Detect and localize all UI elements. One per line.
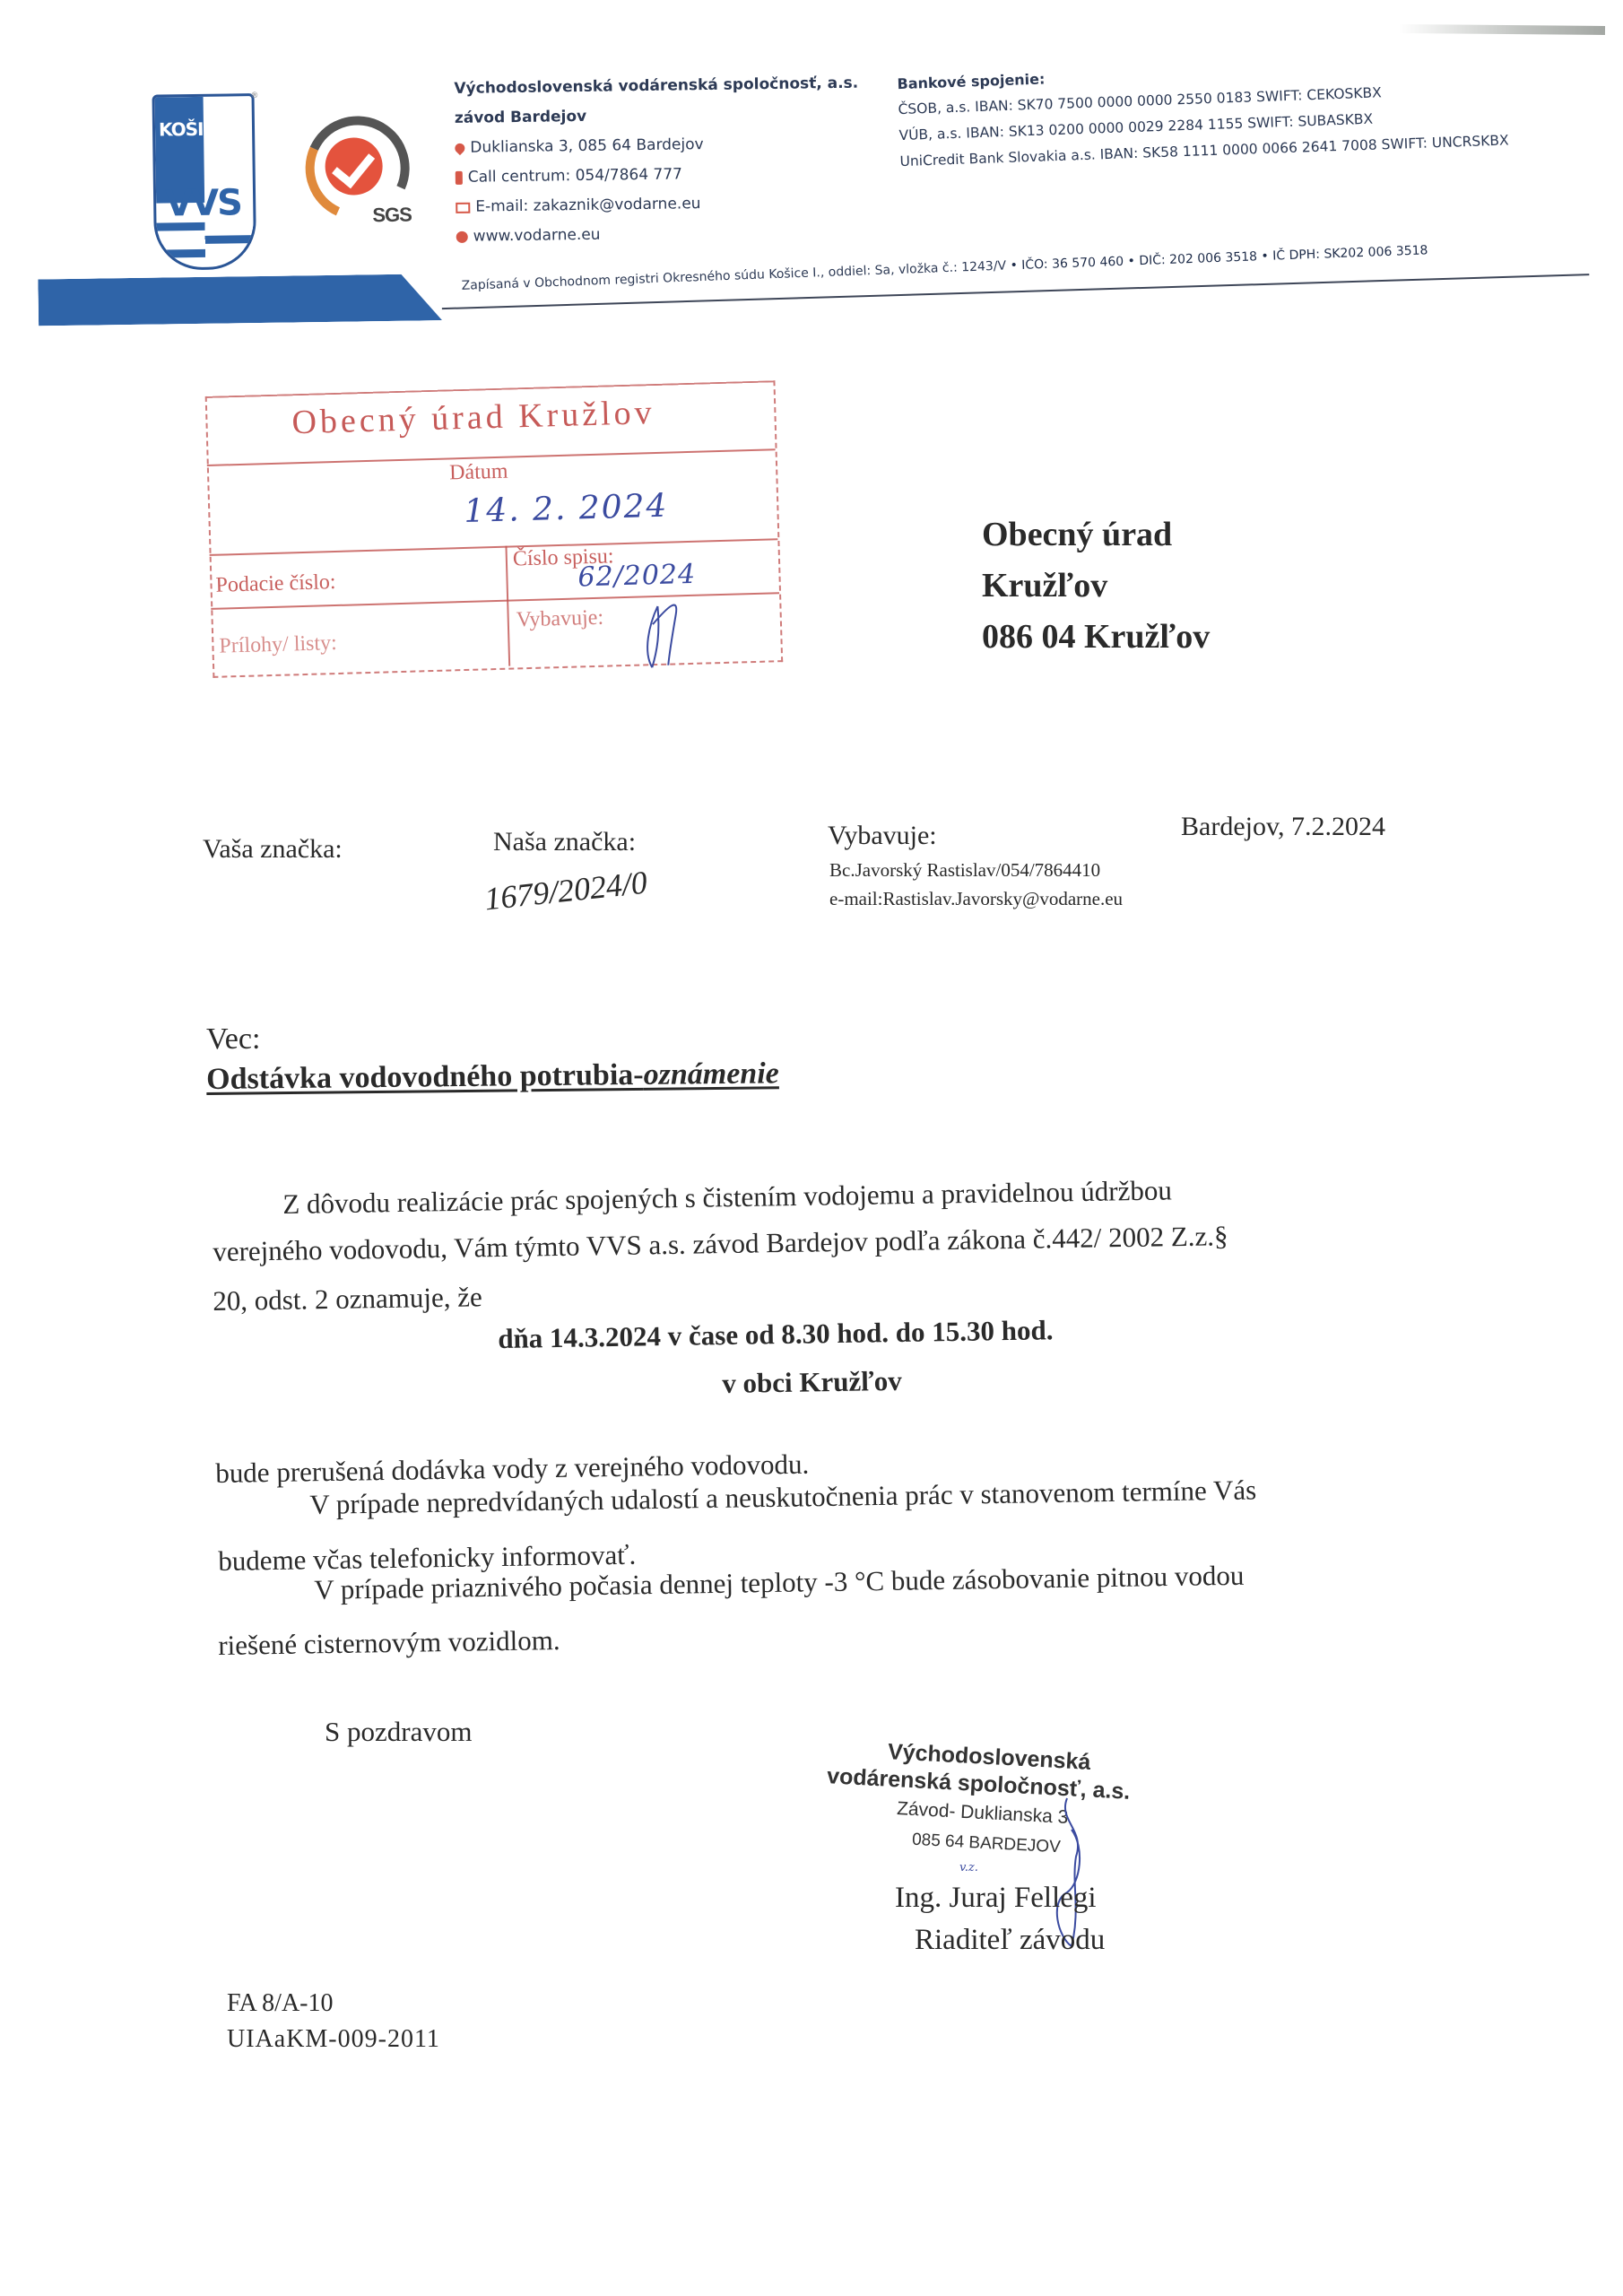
recipient-line: Kružľov — [982, 561, 1210, 612]
on-behalf-mark: v.z. — [959, 1861, 978, 1874]
letterhead: KOŠICE VVS ® SGS Východoslovenská vodáre… — [0, 0, 1623, 341]
vvs-logo-initials: VVS — [165, 182, 241, 224]
outage-datetime: dňa 14.3.2024 v čase od 8.30 hod. do 15.… — [498, 1314, 1054, 1355]
globe-icon — [456, 231, 468, 243]
vvs-logo-city: KOŠICE — [159, 117, 227, 140]
signer-name: Ing. Juraj Fellegi — [895, 1882, 1097, 1915]
receipt-stamp: Obecný úrad Kružlov Dátum 14. 2. 2024 Po… — [204, 359, 786, 684]
stamp-vybavuje-label: Vybavuje: — [516, 606, 603, 633]
our-ref-label: Naša značka: — [493, 827, 636, 857]
vvs-logo: KOŠICE VVS — [152, 93, 256, 271]
form-code: FA 8/A-10 — [227, 1989, 334, 2018]
phone-icon — [456, 171, 463, 185]
stamp-date-value: 14. 2. 2024 — [464, 488, 669, 530]
subject-label: Vec: — [206, 1022, 260, 1057]
stamp-prilohy-label: Prílohy/ listy: — [219, 631, 337, 659]
bank-info: Bankové spojenie: ČSOB, a.s. IBAN: SK70 … — [897, 49, 1509, 175]
handler-email[interactable]: e-mail:Rastislav.Javorsky@vodarne.eu — [829, 888, 1123, 910]
registry-info: Zapísaná v Obchodnom registri Okresného … — [461, 243, 1428, 293]
stamp-date-label: Dátum — [449, 460, 508, 486]
signer-role: Riaditeľ závodu — [915, 1924, 1105, 1957]
company-name: Východoslovenská vodárenská spoločnosť, … — [454, 69, 858, 104]
contact-website[interactable]: www.vodarne.eu — [456, 217, 861, 252]
your-ref-label: Vaša značka: — [203, 834, 343, 865]
registered-mark-icon: ® — [250, 91, 258, 100]
recipient-address: Obecný úrad Kružľov 086 04 Kružľov — [982, 509, 1210, 663]
body-line: verejného vodovodu, Vám týmto VVS a.s. z… — [213, 1220, 1228, 1268]
sgs-label: SGS — [372, 204, 412, 228]
company-info: Východoslovenská vodárenská spoločnosť, … — [454, 69, 861, 252]
handler-label: Vybavuje: — [828, 821, 937, 851]
stamp-spis-value: 62/2024 — [577, 559, 697, 594]
body-line: Z dôvodu realizácie prác spojených s čis… — [282, 1174, 1172, 1221]
recipient-line: 086 04 Kružľov — [982, 612, 1210, 663]
sgs-iso-logo: SGS — [298, 116, 416, 234]
our-ref-value: 1679/2024/0 — [482, 864, 648, 918]
mail-icon — [456, 202, 470, 213]
location-pin-icon — [453, 142, 467, 156]
outage-location: v obci Kružľov — [722, 1365, 902, 1400]
stamp-podacie-label: Podacie číslo: — [215, 570, 336, 598]
body-line: 20, odst. 2 oznamuje, že — [213, 1281, 482, 1318]
document-code: UIAaKM-009-2011 — [227, 2025, 440, 2054]
brand-band — [38, 274, 442, 326]
subject-title: Odstávka vodovodného potrubia-oznámenie — [206, 1057, 779, 1097]
handwritten-initials — [632, 596, 688, 670]
place-date: Bardejov, 7.2.2024 — [1181, 812, 1385, 842]
recipient-line: Obecný úrad — [982, 509, 1210, 561]
body-line: riešené cisternovým vozidlom. — [218, 1624, 560, 1662]
greeting: S pozdravom — [325, 1716, 472, 1748]
handler-person: Bc.Javorský Rastislav/054/7864410 — [829, 859, 1100, 882]
